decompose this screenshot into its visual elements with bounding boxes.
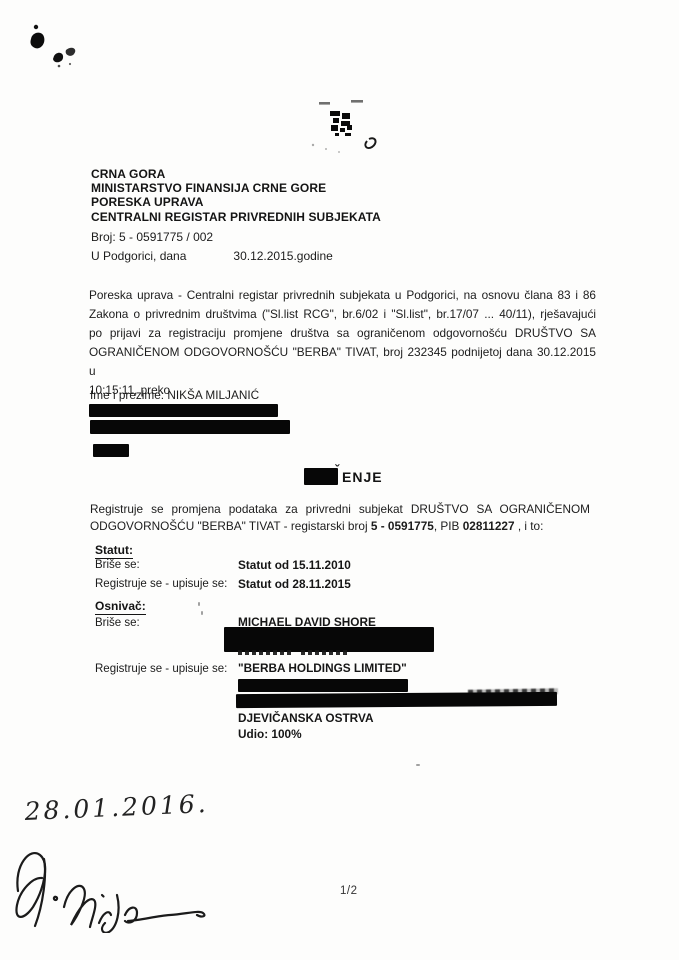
decision-title-text: ENJE <box>342 469 383 485</box>
redaction-bar <box>89 404 278 417</box>
place-date-line: U Podgorici, dana30.12.2015.godine <box>91 249 333 263</box>
scanned-document-page: CRNA GORA MINISTARSTVO FINANSIJA CRNE GO… <box>0 0 679 960</box>
document-number: Broj: 5 - 0591775 / 002 <box>91 230 213 244</box>
registry-number: 5 - 0591775 <box>371 519 434 533</box>
intro-paragraph: Poreska uprava - Centralni registar priv… <box>89 286 596 400</box>
row-value: Statut od 15.11.2010 <box>238 558 351 572</box>
redaction-remnant <box>238 650 294 655</box>
founder-share: Udio: 100% <box>238 727 302 741</box>
intro-line: OGRANIČENOM ODGOVORNOŠĆU "BERBA" TIVAT, … <box>89 343 596 381</box>
signature <box>6 833 216 933</box>
row-label: Registruje se - upisuje se: <box>95 663 227 675</box>
stamp-mark <box>305 95 389 161</box>
place-label: U Podgorici, dana <box>91 249 186 263</box>
letterhead-country: CRNA GORA <box>91 167 381 181</box>
intro-line: Zakona o privrednim društvima ("Sl.list … <box>89 305 596 324</box>
redaction-bar <box>304 468 338 485</box>
redaction-bar <box>224 627 434 652</box>
handwritten-date: 28.01.2016. <box>24 789 209 826</box>
founder-country: DJEVIČANSKA OSTRVA <box>238 711 373 725</box>
intro-line: Poreska uprava - Centralni registar priv… <box>89 286 596 305</box>
scan-artifact <box>416 764 420 766</box>
letterhead: CRNA GORA MINISTARSTVO FINANSIJA CRNE GO… <box>91 167 381 224</box>
decision-title: ˇ ENJE <box>304 468 383 485</box>
decision-line: ODGOVORNOŠĆU "BERBA" TIVAT - registarski… <box>90 518 590 535</box>
decision-line2-post: , i to: <box>515 519 544 533</box>
decision-paragraph: Registruje se promjena podataka za privr… <box>90 501 590 534</box>
caron-mark: ˇ <box>335 462 339 477</box>
redaction-bar <box>93 444 129 457</box>
scan-artifact <box>198 602 200 606</box>
letterhead-registry: CENTRALNI REGISTAR PRIVREDNIH SUBJEKATA <box>91 210 381 224</box>
decision-line2-pre: ODGOVORNOŠĆU "BERBA" TIVAT - registarski… <box>90 519 371 533</box>
ink-blot <box>14 16 86 78</box>
letterhead-administration: PORESKA UPRAVA <box>91 195 381 209</box>
row-label: Briše se: <box>95 617 140 629</box>
letterhead-ministry: MINISTARSTVO FINANSIJA CRNE GORE <box>91 181 381 195</box>
row-value: Statut od 28.11.2015 <box>238 577 351 591</box>
pib-number: 02811227 <box>463 519 515 533</box>
section-heading-osnivac: Osnivač: <box>95 599 146 615</box>
submitter-line: Ime i prezime: NIKŠA MILJANIĆ <box>90 388 259 402</box>
redaction-bar <box>90 420 290 434</box>
row-label: Registruje se - upisuje se: <box>95 578 227 590</box>
redaction-bar <box>238 679 408 692</box>
issue-date: 30.12.2015.godine <box>233 249 332 263</box>
intro-line: po prijavi za registraciju promjene druš… <box>89 324 596 343</box>
redaction-bar <box>236 692 557 708</box>
section-heading-statut: Statut: <box>95 543 133 559</box>
row-value: "BERBA HOLDINGS LIMITED" <box>238 661 407 675</box>
decision-line: Registruje se promjena podataka za privr… <box>90 501 590 518</box>
scan-artifact <box>201 611 203 615</box>
decision-line2-mid: , PIB <box>434 519 463 533</box>
page-number: 1/2 <box>340 885 358 897</box>
redaction-remnant <box>301 650 349 655</box>
row-label: Briše se: <box>95 559 140 571</box>
